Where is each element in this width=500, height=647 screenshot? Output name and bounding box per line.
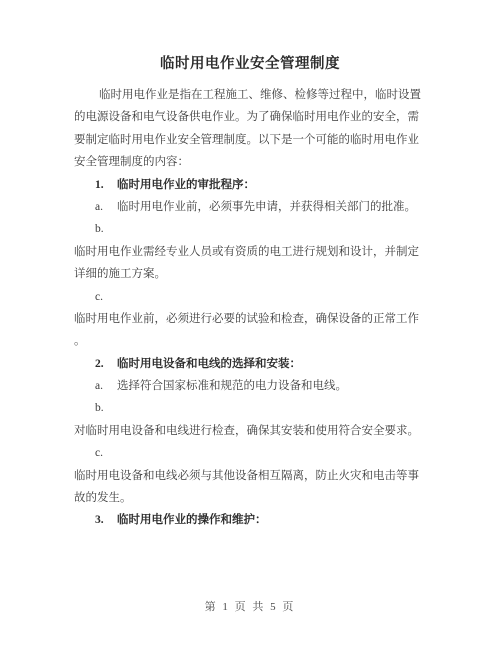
section-1-item-a-label: a.: [95, 196, 117, 218]
section-1-item-a-text: 临时用电作业前，必须事先申请，并获得相关部门的批准。: [117, 201, 416, 213]
section-1-item-b-line-1: 临时用电作业需经专业人员或有资质的电工进行规划和设计，并制定: [74, 241, 500, 263]
section-2-item-b-label: b.: [74, 397, 500, 419]
document-title: 临时用电作业安全管理制度: [0, 52, 500, 76]
section-1-item-c-line-1: 临时用电作业前，必须进行必要的试验和检查，确保设备的正常工作: [74, 308, 500, 330]
intro-line-2: 的电源设备和电气设备供电作业。为了确保临时用电作业的安全，需: [74, 106, 500, 128]
intro-line-1: 临时用电作业是指在工程施工、维修、检修等过程中，临时设置: [74, 84, 500, 106]
section-2-item-a: a.选择符合国家标准和规范的电力设备和电线。: [74, 375, 500, 397]
section-2-heading-text: 临时用电设备和电线的选择和安装：: [117, 358, 301, 370]
section-2-item-c-line-2: 故的发生。: [74, 487, 500, 509]
section-1-item-b-line-2: 详细的施工方案。: [74, 263, 500, 285]
page-footer: 第 1 页 共 5 页: [0, 598, 500, 614]
section-1-item-c-line-2: 。: [74, 330, 500, 352]
section-2-item-b-line-1: 对临时用电设备和电线进行检查，确保其安装和使用符合安全要求。: [74, 420, 500, 442]
section-2-item-c-label: c.: [74, 442, 500, 464]
document-page: 临时用电作业安全管理制度 临时用电作业是指在工程施工、维修、检修等过程中，临时设…: [0, 0, 500, 647]
document-body: 临时用电作业是指在工程施工、维修、检修等过程中，临时设置 的电源设备和电气设备供…: [0, 84, 500, 532]
section-1-item-c-label: c.: [74, 286, 500, 308]
section-1-heading-text: 临时用电作业的审批程序：: [117, 179, 255, 191]
section-2-heading: 2.临时用电设备和电线的选择和安装：: [74, 353, 500, 375]
section-1-item-a: a.临时用电作业前，必须事先申请，并获得相关部门的批准。: [74, 196, 500, 218]
section-3-heading-text: 临时用电作业的操作和维护：: [117, 514, 267, 526]
section-1-heading: 1.临时用电作业的审批程序：: [74, 174, 500, 196]
section-2-item-c-line-1: 临时用电设备和电线必须与其他设备相互隔离，防止火灾和电击等事: [74, 465, 500, 487]
section-1-item-b-label: b.: [74, 218, 500, 240]
section-1-number: 1.: [95, 174, 117, 196]
section-3-heading: 3.临时用电作业的操作和维护：: [74, 509, 500, 531]
section-3-number: 3.: [95, 509, 117, 531]
intro-line-3: 要制定临时用电作业安全管理制度。以下是一个可能的临时用电作业: [74, 129, 500, 151]
section-2-item-a-text: 选择符合国家标准和规范的电力设备和电线。: [117, 380, 347, 392]
intro-line-4: 安全管理制度的内容：: [74, 151, 500, 173]
section-2-number: 2.: [95, 353, 117, 375]
section-2-item-a-label: a.: [95, 375, 117, 397]
